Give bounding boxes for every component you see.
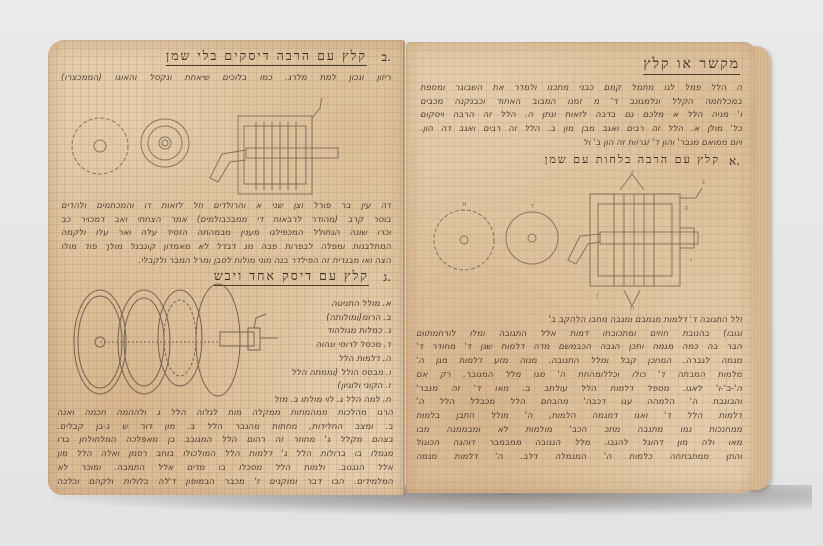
- svg-text:א: א: [462, 200, 467, 208]
- page-heading-reel: מקשר או קלץ: [643, 56, 740, 75]
- svg-text:ח: ח: [630, 304, 635, 310]
- section-heading-multi-disc-reel: קלץ עם הרבה דיסקים בלי שמן: [166, 48, 367, 66]
- section-number-g: ג.: [383, 270, 391, 285]
- parts-list: א. מולל התניטה ב. הרומ(ומולותה) ג. כמלות…: [261, 298, 391, 408]
- intro-text: ריזון ונכון למת מלרג. כמו בלוכים שיאחת ו…: [61, 72, 391, 86]
- reel-diagram-right: א ד ב ג ה ו ז ח: [420, 170, 720, 310]
- svg-text:ב: ב: [630, 170, 634, 175]
- section-number-b: ב.: [381, 50, 391, 65]
- svg-text:ו: ו: [690, 256, 692, 264]
- paragraph-1: דה עין בר פורל וצן שני א והרולדים וזל לז…: [61, 200, 391, 269]
- svg-text:ה: ה: [684, 204, 689, 212]
- right-paragraph-2: ולל התגובה ד' דלמות מגמבם ומגבה מחבו הלה…: [416, 314, 742, 465]
- section-number-a: א.: [729, 154, 740, 169]
- svg-text:ג: ג: [702, 178, 705, 186]
- reel-diagram-exploded: [70, 280, 280, 402]
- paragraph-2: הרגו מהלכות ממהמתות ממקלה מות לגלוה הלל …: [57, 407, 393, 489]
- section-heading-multi-plate-reel: קלץ עם הרבה בלחות עם שמן: [545, 153, 720, 167]
- right-paragraph-1: ה הלל פמל לגו מתמל קמם כבני מתכנו ולמדר …: [420, 82, 742, 151]
- book-spine: [403, 40, 407, 495]
- svg-text:ד: ד: [530, 202, 534, 210]
- reel-diagram-top: [60, 98, 360, 203]
- right-page: מקשר או קלץ ה הלל פמל לגו מתמל קמם כבני …: [406, 42, 756, 493]
- svg-text:ז: ז: [596, 292, 599, 300]
- left-page: ב. קלץ עם הרבה דיסקים בלי שמן ריזון ונכו…: [48, 40, 405, 495]
